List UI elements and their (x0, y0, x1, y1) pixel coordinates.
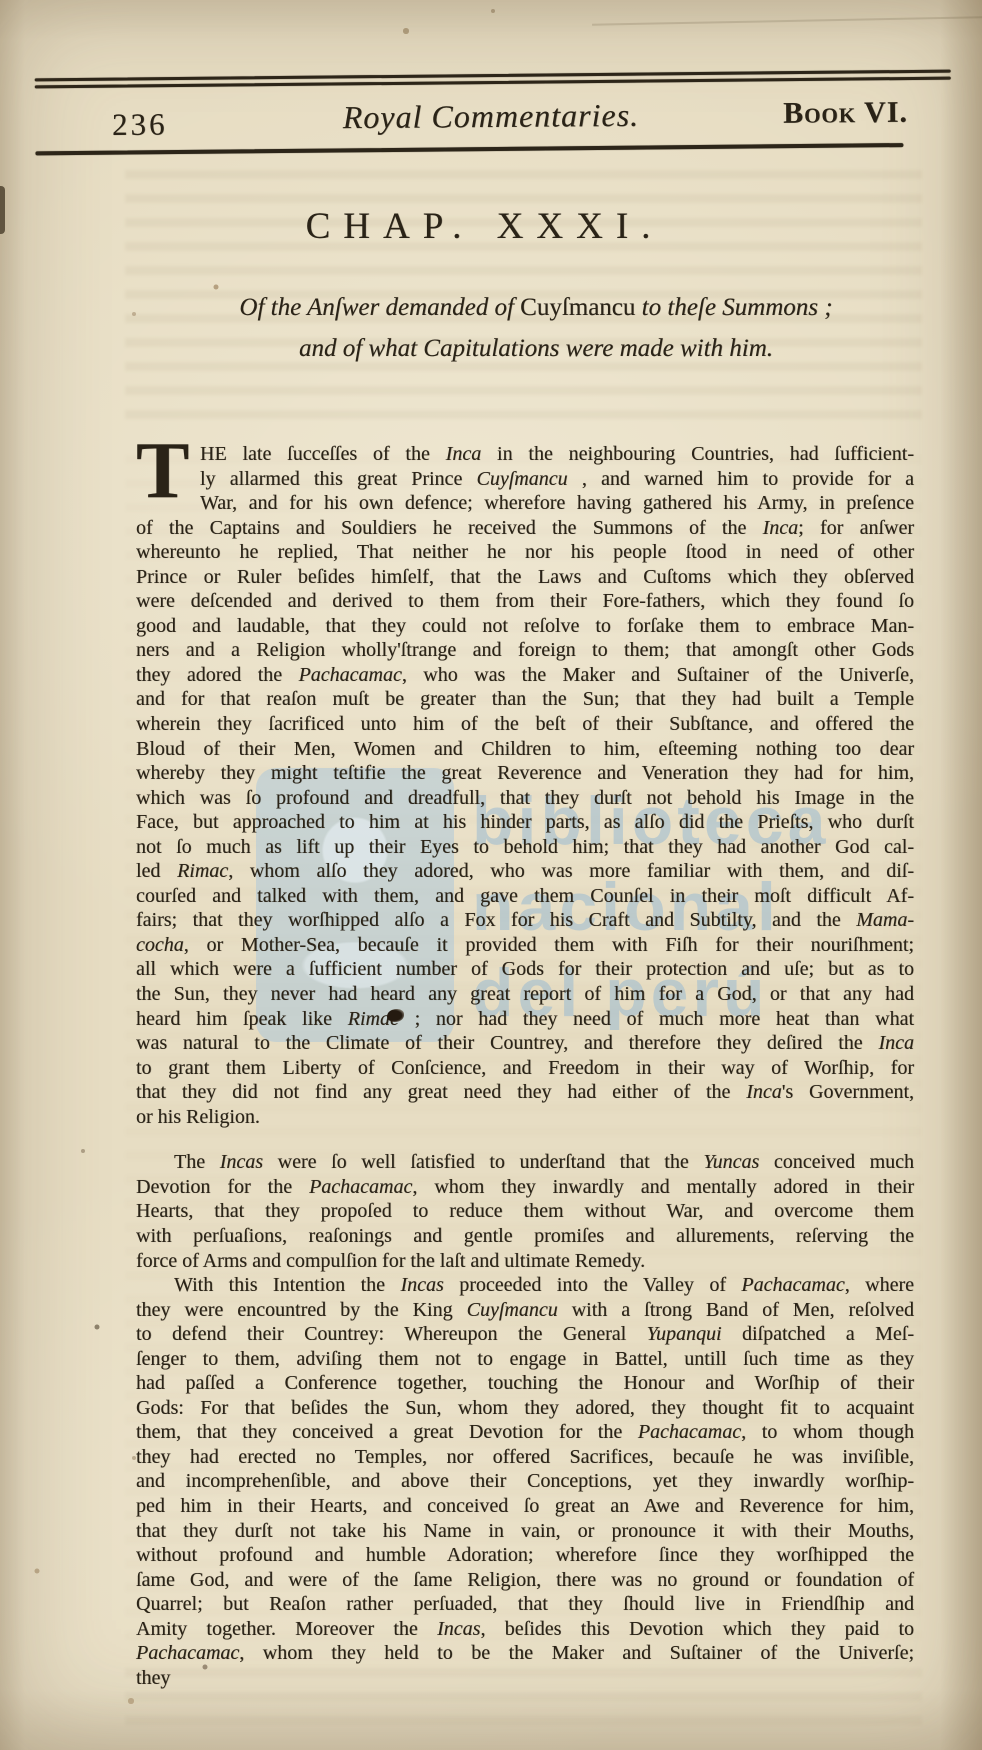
text-line: led Rimac, whom alſo they adored, who wa… (136, 859, 914, 884)
text-line: was natural to the Climate of their Coun… (136, 1031, 914, 1056)
roman-text: wherein they ſacrificed unto him of the … (136, 713, 914, 735)
text-line: Pachacamac, whom they held to be the Mak… (136, 1641, 914, 1666)
text-line: With this Intention the Incas proceeded … (136, 1273, 914, 1298)
roman-text: to grant them Liberty of Conſcience, and… (136, 1057, 914, 1079)
subtitle-line: Of the Anſwer demanded of Cuyſmancu to t… (140, 287, 932, 328)
roman-text: without profound and humble Adoration; w… (136, 1544, 914, 1566)
text-line: Prince or Ruler beſides himſelf, that th… (136, 565, 914, 590)
running-header: 236 Royal Commentaries. Book VI. (0, 92, 982, 152)
italic-text: Of the Anſwer demanded of (239, 294, 520, 321)
text-line: Quarrel; but Reaſon rather perſuaded, th… (136, 1592, 914, 1617)
text-line: Bloud of their Men, Women and Children t… (136, 737, 914, 762)
italic-text: Mama- (856, 909, 914, 931)
roman-text: , and warned him to provide for a (568, 468, 914, 490)
text-line: courſed and talked with them, and gave t… (136, 884, 914, 909)
roman-text: Prince or Ruler beſides himſelf, that th… (136, 566, 914, 588)
roman-text: ped him in their Hearts, and conceived ſ… (136, 1495, 914, 1517)
paper-specks (0, 0, 2, 2)
roman-text: were deſcended and derived to them from … (136, 590, 914, 612)
roman-text: diſpatched a Meſ- (722, 1323, 915, 1345)
italic-text: Pachacamac (136, 1642, 239, 1664)
roman-text: fairs; that they worſhipped alſo a Fox f… (136, 909, 856, 931)
roman-text: ; for anſwer (798, 517, 914, 539)
roman-text: and for that reaſon muſt be greater than… (136, 688, 914, 710)
italic-text: Inca (746, 1081, 782, 1103)
text-line: them, that they conceived a great Devoti… (136, 1420, 914, 1445)
text-line: that they durſt not take his Name in vai… (136, 1519, 914, 1544)
roman-text: them, that they conceived a great Devoti… (136, 1421, 638, 1443)
roman-text: whereby they might teſtifie the great Re… (136, 762, 914, 784)
book-label: Book VI. (783, 96, 908, 131)
text-line: ners and a Religion wholly'ſtrange and f… (136, 638, 914, 663)
text-line: ſame God, and were of the ſame Religion,… (136, 1568, 914, 1593)
body-text: THE late ſucceſſes of the Inca in the ne… (136, 442, 914, 1690)
italic-text: Inca (763, 517, 799, 539)
roman-text: with a ſtrong Band of Men, reſolved (558, 1299, 914, 1321)
roman-text: ſame God, and were of the ſame Religion,… (136, 1569, 914, 1591)
roman-text: had paſſed a Conference together, touchi… (136, 1372, 914, 1394)
text-line: ly allarmed this great Prince Cuyſmancu … (136, 467, 914, 492)
text-line: good and laudable, that they could not r… (136, 614, 914, 639)
text-line: that they did not find any great need th… (136, 1080, 914, 1105)
roman-text: Bloud of their Men, Women and Children t… (136, 738, 914, 760)
show-through-rule (592, 16, 982, 25)
roman-text: or his Religion. (136, 1106, 260, 1128)
text-line: fairs; that they worſhipped alſo a Fox f… (136, 908, 914, 933)
italic-text: Cuyſmancu (477, 468, 568, 490)
text-line: The Incas were ſo well ſatisfied to unde… (136, 1150, 914, 1175)
roman-text: whereunto he replied, That neither he no… (136, 541, 914, 563)
roman-text: HE late ſucceſſes of the (200, 443, 446, 465)
italic-text: Incas (437, 1618, 480, 1640)
roman-text: , whom alſo they adored, who was more fa… (228, 860, 914, 882)
italic-text: Yupanqui (647, 1323, 722, 1345)
text-line: with perſuaſions, reaſonings and gentle … (136, 1224, 914, 1249)
roman-text: of the Captains and Souldiers he receive… (136, 517, 763, 539)
paragraphs: THE late ſucceſſes of the Inca in the ne… (136, 442, 914, 1666)
text-line: without profound and humble Adoration; w… (136, 1543, 914, 1568)
text-line: of the Captains and Souldiers he receive… (136, 516, 914, 541)
text-line: Gods: For that beſides the Sun, whom the… (136, 1396, 914, 1421)
text-line: ſenger to them, adviſing them not to eng… (136, 1347, 914, 1372)
text-line: all which were a ſufficient number of Go… (136, 957, 914, 982)
roman-text: force of Arms and compulſion for the laſ… (136, 1250, 645, 1272)
chapter-subtitle: Of the Anſwer demanded of Cuyſmancu to t… (140, 287, 932, 369)
italic-text: Incas (400, 1274, 443, 1296)
italic-text: Inca (446, 443, 482, 465)
text-line: not ſo much as lift up their Eyes to beh… (136, 835, 914, 860)
roman-text: in the neighbouring Countries, had ſuffi… (481, 443, 914, 465)
italic-text: Rimac (348, 1008, 399, 1030)
roman-text: all which were a ſufficient number of Go… (136, 958, 914, 980)
page-edge-nick (0, 186, 5, 234)
italic-text: Inca (878, 1032, 914, 1054)
italic-text: Pachacamac (638, 1421, 741, 1443)
text-line: the Sun, they never had heard any great … (136, 982, 914, 1007)
roman-text: good and laudable, that they could not r… (136, 615, 914, 637)
italic-text: Cuyſmancu (467, 1299, 558, 1321)
roman-text: they were encountred by the King (136, 1299, 467, 1321)
roman-text: heard him ſpeak like (136, 1008, 348, 1030)
italic-text: Pachacamac (299, 664, 402, 686)
roman-text: not ſo much as lift up their Eyes to beh… (136, 836, 914, 858)
italic-text: cocha (136, 934, 184, 956)
roman-text: Quarrel; but Reaſon rather perſuaded, th… (136, 1593, 914, 1615)
italic-text: Pachacamac (309, 1176, 412, 1198)
text-line: War, and for his own defence; wherefore … (136, 491, 914, 516)
text-line: force of Arms and compulſion for the laſ… (136, 1249, 914, 1274)
text-line: and incomprehenſible, and above their Co… (136, 1469, 914, 1494)
roman-text: proceeded into the Valley of (444, 1274, 742, 1296)
roman-text: courſed and talked with them, and gave t… (136, 885, 914, 907)
roman-text: ſenger to them, adviſing them not to eng… (136, 1348, 914, 1370)
roman-text: the Sun, they never had heard any great … (136, 983, 914, 1005)
roman-text: to defend their Countrey: Whereupon the … (136, 1323, 647, 1345)
italic-text: Yuncas (703, 1151, 759, 1173)
roman-text: Cuyſmancu (520, 294, 635, 321)
roman-text: were ſo well ſatisfied to underſtand tha… (263, 1151, 703, 1173)
text-line: had paſſed a Conference together, touchi… (136, 1371, 914, 1396)
roman-text: that they durſt not take his Name in vai… (136, 1520, 914, 1542)
header-rules (34, 0, 950, 4)
roman-text: , beſides this Devotion which they paid … (480, 1618, 914, 1640)
roman-text: Hearts, that they propoſed to reduce the… (136, 1200, 914, 1222)
text-line: wherein they ſacrificed unto him of the … (136, 712, 914, 737)
text-line: to grant them Liberty of Conſcience, and… (136, 1056, 914, 1081)
text-line: were deſcended and derived to them from … (136, 589, 914, 614)
roman-text: with perſuaſions, reaſonings and gentle … (136, 1225, 914, 1247)
italic-text: Pachacamac (741, 1274, 844, 1296)
roman-text: they adored the (136, 664, 299, 686)
text-line: Devotion for the Pachacamac, whom they i… (136, 1175, 914, 1200)
roman-text: ners and a Religion wholly'ſtrange and f… (136, 639, 914, 661)
roman-text: , whom they held to be the Maker and Suſ… (239, 1642, 914, 1664)
book-page-scan: { "colors": { "paper": "#e7ddc3", "ink":… (0, 0, 982, 1750)
text-line: heard him ſpeak like Rimac ; nor had the… (136, 1007, 914, 1032)
text-line: they had erected no Temples, nor offered… (136, 1445, 914, 1470)
roman-text: War, and for his own defence; wherefore … (200, 492, 914, 514)
roman-text: Amity together. Moreover the (136, 1618, 437, 1640)
roman-text: , whom they inwardly and mentally adored… (412, 1176, 914, 1198)
italic-text: Rimac (177, 860, 228, 882)
text-line: Hearts, that they propoſed to reduce the… (136, 1199, 914, 1224)
text-line: ped him in their Hearts, and conceived ſ… (136, 1494, 914, 1519)
italic-text: Incas (220, 1151, 263, 1173)
roman-text: Face, but approached to him at his hinde… (136, 811, 914, 833)
text-line: or his Religion. (136, 1105, 914, 1130)
drop-cap: T (136, 444, 192, 492)
text-line: which was ſo profound and dreadfull, tha… (136, 786, 914, 811)
roman-text: which was ſo profound and dreadfull, tha… (136, 787, 914, 809)
roman-text: , to whom though (741, 1421, 914, 1443)
roman-text: , where (845, 1274, 914, 1296)
paragraph: With this Intention the Incas proceeded … (136, 1273, 914, 1666)
text-line: whereby they might teſtifie the great Re… (136, 761, 914, 786)
italic-text: to theſe Summons ; (635, 294, 832, 321)
roman-text: Gods: For that beſides the Sun, whom the… (136, 1397, 914, 1419)
roman-text: that they did not find any great need th… (136, 1081, 746, 1103)
catchword: they (136, 1666, 914, 1691)
subtitle-line: and of what Capitulations were made with… (140, 328, 932, 369)
roman-text: 's Government, (782, 1081, 914, 1103)
text-line: Amity together. Moreover the Incas, beſi… (136, 1617, 914, 1642)
text-line: Face, but approached to him at his hinde… (136, 810, 914, 835)
text-line: cocha, or Mother-Sea, becauſe it provide… (136, 933, 914, 958)
roman-text: was natural to the Climate of their Coun… (136, 1032, 878, 1054)
text-line: HE late ſucceſſes of the Inca in the nei… (136, 442, 914, 467)
roman-text: The (174, 1151, 220, 1173)
roman-text: and incomprehenſible, and above their Co… (136, 1470, 914, 1492)
roman-text: Devotion for the (136, 1176, 309, 1198)
roman-text: , or Mother-Sea, becauſe it provided the… (184, 934, 914, 956)
roman-text: , who was the Maker and Suſtainer of the… (402, 664, 914, 686)
text-line: they were encountred by the King Cuyſman… (136, 1298, 914, 1323)
roman-text: they had erected no Temples, nor offered… (136, 1446, 914, 1468)
roman-text: conceived much (759, 1151, 914, 1173)
text-line: and for that reaſon muſt be greater than… (136, 687, 914, 712)
text-line: they adored the Pachacamac, who was the … (136, 663, 914, 688)
roman-text: ; nor had they need of much more heat th… (399, 1008, 914, 1030)
chapter-heading: CHAP. XXXI. (0, 205, 956, 248)
roman-text: led (136, 860, 177, 882)
roman-text: ly allarmed this great Prince (200, 468, 477, 490)
paragraph: The Incas were ſo well ſatisfied to unde… (136, 1150, 914, 1273)
paragraph: THE late ſucceſſes of the Inca in the ne… (136, 442, 914, 1129)
text-line: whereunto he replied, That neither he no… (136, 540, 914, 565)
text-line: to defend their Countrey: Whereupon the … (136, 1322, 914, 1347)
italic-text: and of what Capitulations were made with… (299, 335, 773, 362)
roman-text: With this Intention the (174, 1274, 400, 1296)
